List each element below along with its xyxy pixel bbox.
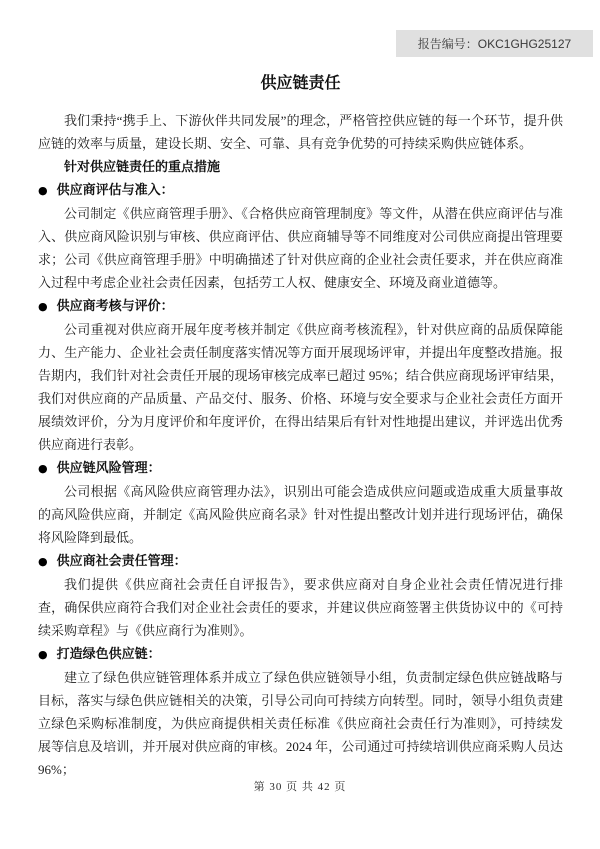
measure-heading: 供应商考核与评价： xyxy=(57,298,174,313)
measure-heading-line: ●供应商社会责任管理： xyxy=(38,549,563,573)
measure-item: ●供应商评估与准入： 公司制定《供应商管理手册》、《合格供应商管理制度》等文件，… xyxy=(38,178,563,294)
bullet-icon: ● xyxy=(38,300,48,313)
measure-heading: 供应商评估与准入： xyxy=(57,182,174,197)
page-number-footer: 第 30 页 共 42 页 xyxy=(0,778,600,794)
document-page: 供应链责任 我们秉持“携手上、下游伙伴共同发展”的理念，严格管控供应链的每一个环… xyxy=(0,0,600,781)
bullet-icon: ● xyxy=(38,462,48,475)
bullet-icon: ● xyxy=(38,184,48,197)
measure-body: 我们提供《供应商社会责任自评报告》，要求供应商对自身企业社会责任情况进行排查，确… xyxy=(38,573,563,642)
measure-item: ●打造绿色供应链： 建立了绿色供应链管理体系并成立了绿色供应链领导小组，负责制定… xyxy=(38,642,563,781)
measure-heading-line: ●供应商考核与评价： xyxy=(38,294,563,318)
measure-item: ●供应商社会责任管理： 我们提供《供应商社会责任自评报告》，要求供应商对自身企业… xyxy=(38,549,563,642)
measure-item: ●供应链风险管理： 公司根据《高风险供应商管理办法》，识别出可能会造成供应问题或… xyxy=(38,456,563,549)
measure-heading: 供应商社会责任管理： xyxy=(57,553,187,568)
measure-body: 建立了绿色供应链管理体系并成立了绿色供应链领导小组，负责制定绿色供应链战略与目标… xyxy=(38,666,563,781)
report-number: 报告编号：OKC1GHG25127 xyxy=(418,35,571,52)
bullet-icon: ● xyxy=(38,648,48,661)
measure-heading: 供应链风险管理： xyxy=(57,460,161,475)
measure-item: ●供应商考核与评价： 公司重视对供应商开展年度考核并制定《供应商考核流程》，针对… xyxy=(38,294,563,456)
measure-body: 公司重视对供应商开展年度考核并制定《供应商考核流程》，针对供应商的品质保障能力、… xyxy=(38,318,563,456)
measure-body: 公司制定《供应商管理手册》、《合格供应商管理制度》等文件，从潜在供应商评估与准入… xyxy=(38,202,563,294)
page-title: 供应链责任 xyxy=(38,72,563,95)
measure-heading: 打造绿色供应链： xyxy=(57,646,161,661)
measure-heading-line: ●打造绿色供应链： xyxy=(38,642,563,666)
bullet-icon: ● xyxy=(38,555,48,568)
section-heading: 针对供应链责任的重点措施 xyxy=(38,155,563,178)
measure-body: 公司根据《高风险供应商管理办法》，识别出可能会造成供应问题或造成重大质量事故的高… xyxy=(38,480,563,549)
measure-heading-line: ●供应链风险管理： xyxy=(38,456,563,480)
intro-paragraph: 我们秉持“携手上、下游伙伴共同发展”的理念，严格管控供应链的每一个环节，提升供应… xyxy=(38,109,563,155)
measure-heading-line: ●供应商评估与准入： xyxy=(38,178,563,202)
report-number-box: 报告编号：OKC1GHG25127 xyxy=(396,30,593,57)
